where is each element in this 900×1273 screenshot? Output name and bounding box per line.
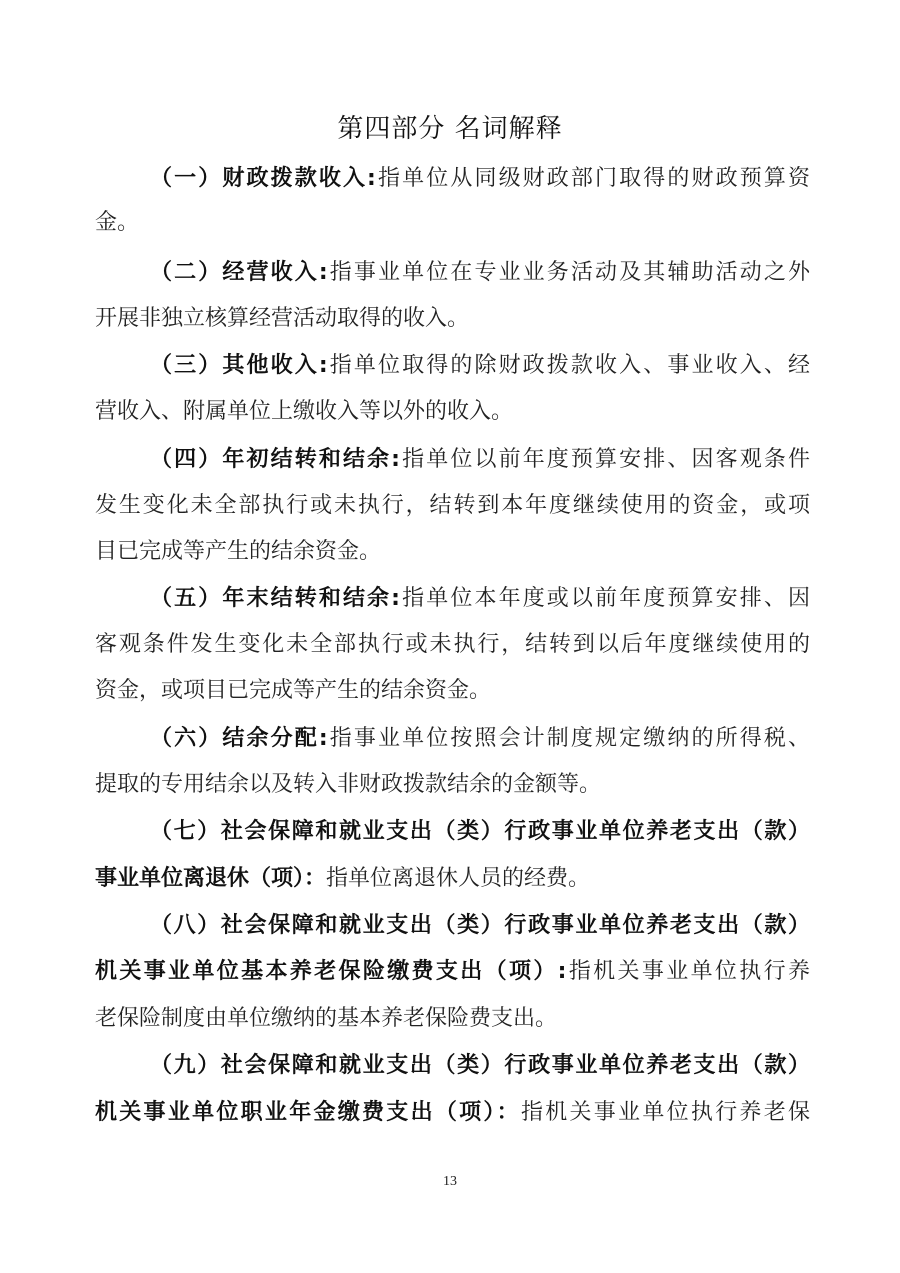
term-4-line-2: 发生变化未全部执行或未执行，结转到本年度继续使用的资金，或项 [95, 491, 810, 521]
page-title: 第四部分 名词解释 [0, 108, 900, 145]
term-2-line-2: 开展非独立核算经营活动取得的收入。 [95, 304, 810, 334]
term-8-line-2: 机关事业单位基本养老保险缴费支出（项）:指机关事业单位执行养 [95, 957, 810, 987]
term-5-label: （五）年末结转和结余: [150, 586, 400, 611]
term-3-definition: 指单位取得的除财政拨款收入、事业收入、经 [328, 353, 810, 378]
page-number: 13 [0, 1174, 900, 1190]
term-7-line-1: （七）社会保障和就业支出（类）行政事业单位养老支出（款） [150, 817, 810, 847]
term-1-label: （一）财政拨款收入: [150, 166, 376, 191]
term-1-line-2: 金。 [95, 208, 810, 238]
term-4-definition: 指单位以前年度预算安排、因客观条件 [400, 447, 810, 472]
term-8-line-1: （八）社会保障和就业支出（类）行政事业单位养老支出（款） [150, 911, 810, 941]
term-5-line-3: 资金，或项目已完成等产生的结余资金。 [95, 676, 810, 706]
term-7-line-2: 事业单位离退休（项）：指单位离退休人员的经费。 [95, 864, 810, 894]
term-8-line-3: 老保险制度由单位缴纳的基本养老保险费支出。 [95, 1004, 810, 1034]
term-7-definition: 指单位离退休人员的经费。 [326, 866, 590, 891]
term-9-definition: 指机关事业单位执行养老保 [521, 1100, 810, 1125]
term-6-line-1: （六）结余分配:指事业单位按照会计制度规定缴纳的所得税、 [150, 724, 810, 754]
term-5-line-2: 客观条件发生变化未全部执行或未执行，结转到以后年度继续使用的 [95, 630, 810, 660]
term-4-line-1: （四）年初结转和结余:指单位以前年度预算安排、因客观条件 [150, 445, 810, 475]
term-9-label: 机关事业单位职业年金缴费支出（项）： [95, 1100, 521, 1125]
term-7-label: 事业单位离退休（项）： [95, 866, 326, 891]
term-5-line-1: （五）年末结转和结余:指单位本年度或以前年度预算安排、因 [150, 584, 810, 614]
term-6-label: （六）结余分配: [150, 726, 328, 751]
term-6-definition: 指事业单位按照会计制度规定缴纳的所得税、 [328, 726, 810, 751]
term-9-line-1: （九）社会保障和就业支出（类）行政事业单位养老支出（款） [150, 1051, 810, 1081]
term-2-line-1: （二）经营收入:指事业单位在专业业务活动及其辅助活动之外 [150, 258, 810, 288]
term-9-line-2: 机关事业单位职业年金缴费支出（项）：指机关事业单位执行养老保 [95, 1098, 810, 1128]
term-1-definition: 指单位从同级财政部门取得的财政预算资 [376, 166, 810, 191]
term-8-label: 机关事业单位基本养老保险缴费支出（项）: [95, 959, 566, 984]
term-2-label: （二）经营收入: [150, 260, 328, 285]
term-1-line-1: （一）财政拨款收入:指单位从同级财政部门取得的财政预算资 [150, 164, 810, 194]
term-4-line-3: 目已完成等产生的结余资金。 [95, 537, 810, 567]
term-4-label: （四）年初结转和结余: [150, 447, 400, 472]
term-8-definition: 指机关事业单位执行养 [566, 959, 810, 984]
term-3-line-2: 营收入、附属单位上缴收入等以外的收入。 [95, 397, 810, 427]
term-2-definition: 指事业单位在专业业务活动及其辅助活动之外 [328, 260, 810, 285]
document-page: 第四部分 名词解释 （一）财政拨款收入:指单位从同级财政部门取得的财政预算资 金… [0, 0, 900, 1273]
term-3-line-1: （三）其他收入:指单位取得的除财政拨款收入、事业收入、经 [150, 351, 810, 381]
term-3-label: （三）其他收入: [150, 353, 328, 378]
term-5-definition: 指单位本年度或以前年度预算安排、因 [400, 586, 810, 611]
term-6-line-2: 提取的专用结余以及转入非财政拨款结余的金额等。 [95, 770, 810, 800]
